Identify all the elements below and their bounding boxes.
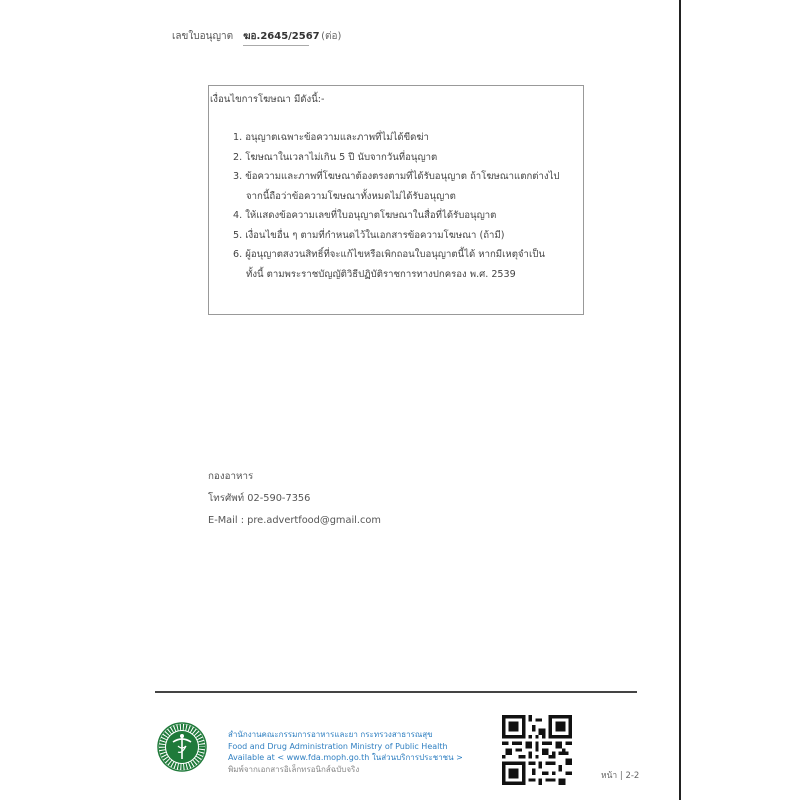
condition-continuation: จากนี้ถือว่าข้อความโฆษณาทั้งหมดไม่ได้รับ… — [233, 187, 575, 207]
conditions-list: 1. อนุญาตเฉพาะข้อความและภาพที่ไม่ได้ขีดฆ… — [233, 128, 575, 284]
condition-item: 2. โฆษณาในเวลาไม่เกิน 5 ปี นับจากวันที่อ… — [233, 148, 575, 168]
condition-text: 6. ผู้อนุญาตสงวนสิทธิ์ที่จะแก้ไขหรือเพิก… — [233, 249, 545, 260]
condition-text: 4. ให้แสดงข้อความเลขที่ใบอนุญาตโฆษณาในสื… — [233, 210, 496, 221]
page-number: หน้า | 2-2 — [601, 768, 639, 782]
agency-name-english: Food and Drug Administration Ministry of… — [228, 741, 463, 753]
license-label: เลขใบอนุญาต — [172, 29, 233, 44]
document-page: เลขใบอนุญาต ฆอ.2645/2567 (ต่อ) เงื่อนไขก… — [0, 0, 800, 800]
footer-divider — [155, 691, 637, 693]
ministry-seal-icon — [157, 722, 207, 772]
condition-item: 3. ข้อความและภาพที่โฆษณาต้องตรงตามที่ได้… — [233, 167, 575, 206]
page-edge-divider — [679, 0, 681, 800]
condition-item: 6. ผู้อนุญาตสงวนสิทธิ์ที่จะแก้ไขหรือเพิก… — [233, 245, 575, 284]
contact-block: กองอาหาร โทรศัพท์ 02-590-7356 E-Mail : p… — [208, 466, 381, 532]
license-number-row: เลขใบอนุญาต ฆอ.2645/2567 (ต่อ) — [172, 29, 341, 46]
condition-item: 5. เงื่อนไขอื่น ๆ ตามที่กำหนดไว้ในเอกสาร… — [233, 226, 575, 246]
condition-text: 1. อนุญาตเฉพาะข้อความและภาพที่ไม่ได้ขีดฆ… — [233, 132, 429, 143]
conditions-title: เงื่อนไขการโฆษณา มีดังนี้:- — [210, 92, 324, 107]
license-number: ฆอ.2645/2567 — [243, 29, 309, 46]
condition-text: 3. ข้อความและภาพที่โฆษณาต้องตรงตามที่ได้… — [233, 171, 560, 182]
condition-item: 1. อนุญาตเฉพาะข้อความและภาพที่ไม่ได้ขีดฆ… — [233, 128, 575, 148]
print-note: พิมพ์จากเอกสารอิเล็กทรอนิกส์ฉบับจริง — [228, 764, 463, 776]
qr-code-icon — [502, 715, 572, 785]
footer-info: สำนักงานคณะกรรมการอาหารและยา กระทรวงสาธา… — [228, 729, 463, 775]
division-name: กองอาหาร — [208, 466, 381, 488]
condition-continuation: ทั้งนี้ ตามพระราชบัญญัติวิธีปฏิบัติราชกา… — [233, 265, 575, 285]
continued-label: (ต่อ) — [321, 29, 341, 44]
availability-link[interactable]: Available at < www.fda.moph.go.th ในส่วน… — [228, 752, 463, 764]
email-address[interactable]: E-Mail : pre.advertfood@gmail.com — [208, 510, 381, 532]
condition-text: 5. เงื่อนไขอื่น ๆ ตามที่กำหนดไว้ในเอกสาร… — [233, 230, 505, 241]
condition-item: 4. ให้แสดงข้อความเลขที่ใบอนุญาตโฆษณาในสื… — [233, 206, 575, 226]
agency-name-thai: สำนักงานคณะกรรมการอาหารและยา กระทรวงสาธา… — [228, 729, 463, 741]
conditions-box: เงื่อนไขการโฆษณา มีดังนี้:- 1. อนุญาตเฉพ… — [208, 85, 584, 315]
phone-number: โทรศัพท์ 02-590-7356 — [208, 488, 381, 510]
condition-text: 2. โฆษณาในเวลาไม่เกิน 5 ปี นับจากวันที่อ… — [233, 152, 437, 163]
